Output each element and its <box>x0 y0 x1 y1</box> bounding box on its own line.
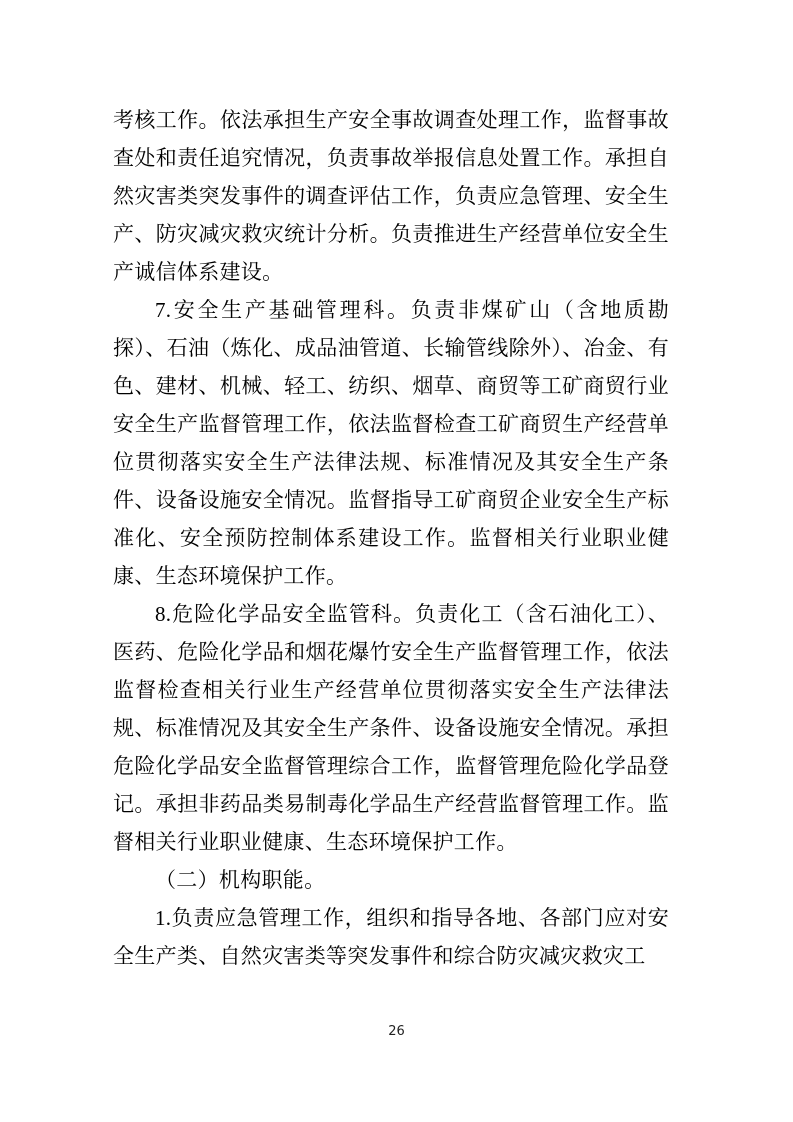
section-heading-organization-functions: （二）机构职能。 <box>113 861 669 899</box>
document-body-text: 考核工作。依法承担生产安全事故调查处理工作，监督事故查处和责任追究情况，负责事故… <box>113 101 669 975</box>
paragraph-item-7-basic-management-section: 7.安全生产基础管理科。负责非煤矿山（含地质勘探）、石油（炼化、成品油管道、长输… <box>113 291 669 595</box>
paragraph-continuation: 考核工作。依法承担生产安全事故调查处理工作，监督事故查处和责任追究情况，负责事故… <box>113 101 669 291</box>
document-page: 考核工作。依法承担生产安全事故调查处理工作，监督事故查处和责任追究情况，负责事故… <box>0 0 793 1122</box>
paragraph-item-1-emergency-management: 1.负责应急管理工作，组织和指导各地、各部门应对安全生产类、自然灾害类等突发事件… <box>113 899 669 975</box>
paragraph-item-8-hazardous-chemicals-section: 8.危险化学品安全监管科。负责化工（含石油化工）、医药、危险化学品和烟花爆竹安全… <box>113 595 669 861</box>
page-footer: 26 <box>0 1024 793 1039</box>
page-number: 26 <box>388 1024 405 1039</box>
